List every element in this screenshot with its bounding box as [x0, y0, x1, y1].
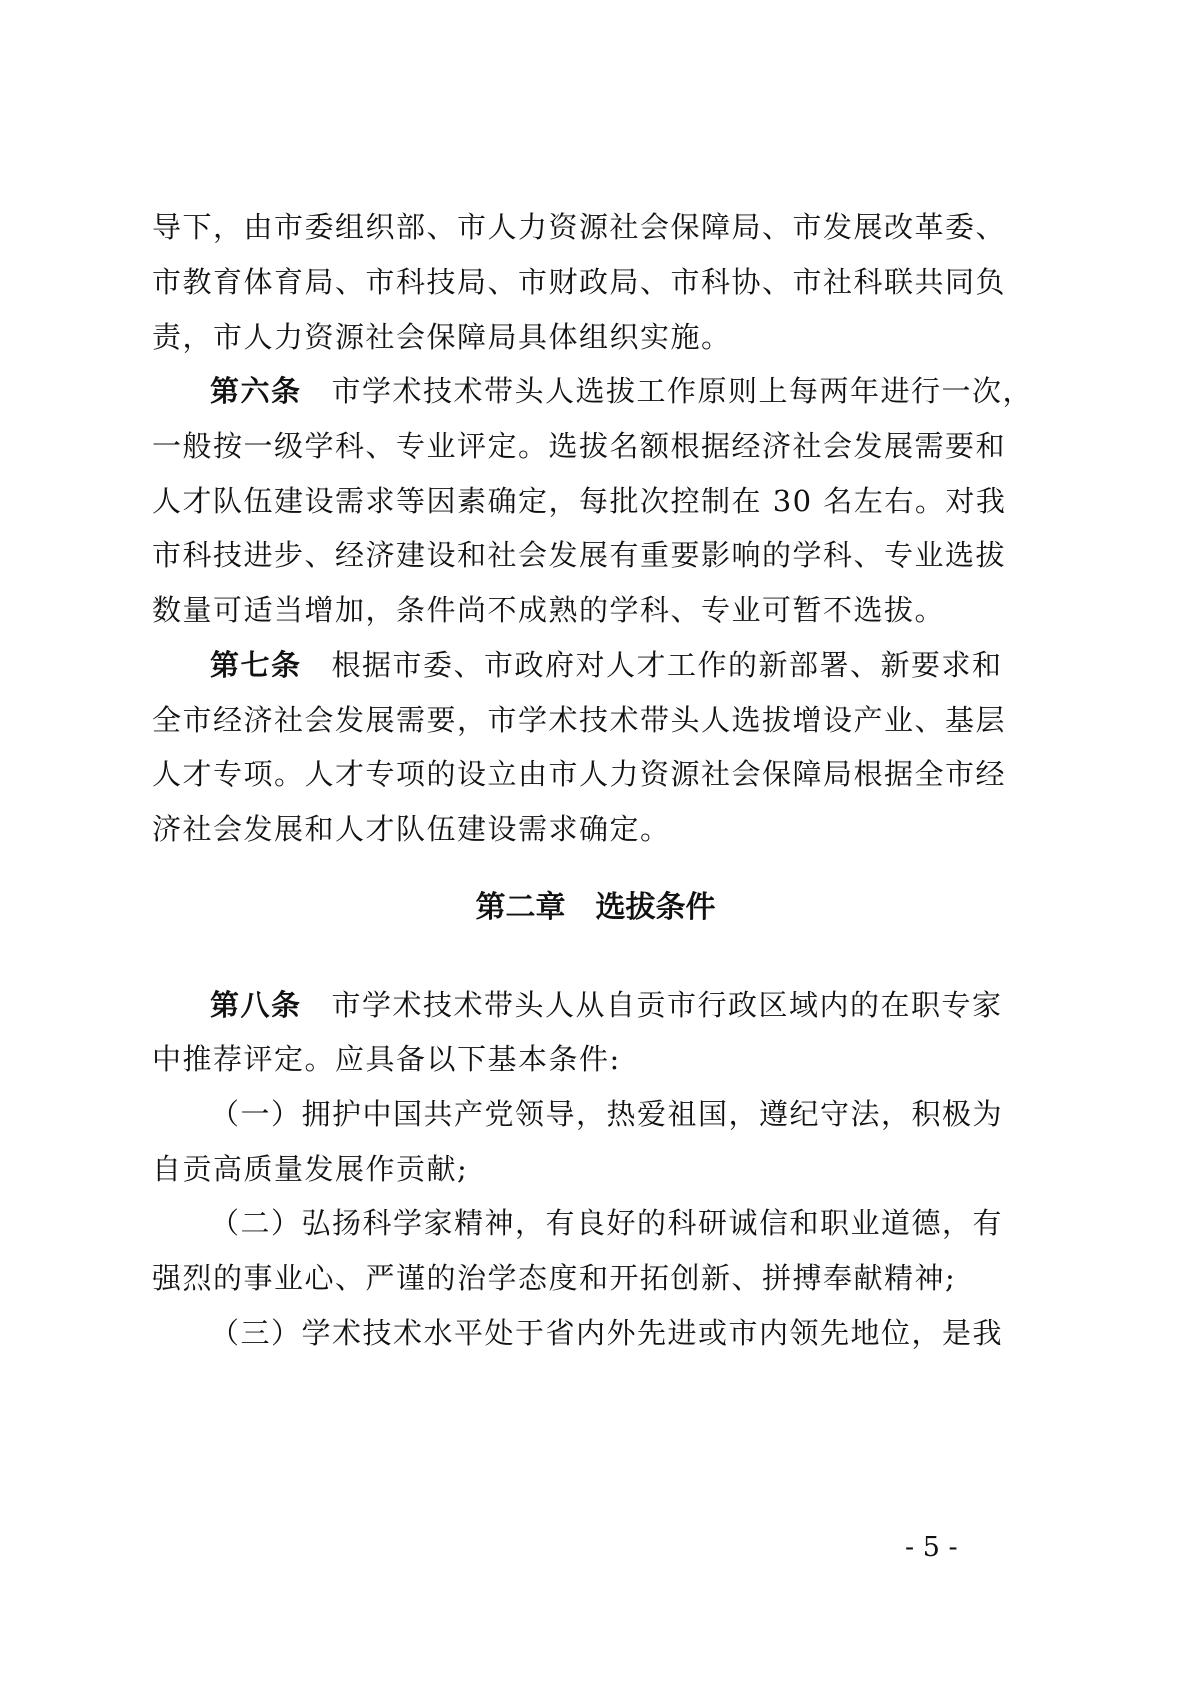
paragraph-line: 一般按一级学科、专业评定。选拔名额根据经济社会发展需要和 [152, 428, 992, 464]
paragraph-line: 中推荐评定。应具备以下基本条件: [152, 1041, 992, 1077]
paragraph-line: 人才队伍建设需求等因素确定，每批次控制在 30 名左右。对我 [152, 483, 992, 519]
article-7-first-line: 第七条根据市委、市政府对人才工作的新部署、新要求和 [210, 647, 1050, 683]
article-6-label: 第六条 [210, 374, 302, 408]
list-item: （三）学术技术水平处于省内外先进或市内领先地位，是我 [210, 1315, 1050, 1351]
chapter-heading: 第二章选拔条件 [0, 890, 1191, 926]
paragraph-line: 自贡高质量发展作贡献; [152, 1151, 992, 1187]
paragraph-line: 全市经济社会发展需要，市学术技术带头人选拔增设产业、基层 [152, 702, 992, 738]
paragraph-line: 导下，由市委组织部、市人力资源社会保障局、市发展改革委、 [152, 209, 992, 245]
paragraph-line: 济社会发展和人才队伍建设需求确定。 [152, 811, 992, 847]
article-7-label: 第七条 [210, 648, 302, 682]
list-item: （二）弘扬科学家精神，有良好的科研诚信和职业道德，有 [210, 1205, 1050, 1241]
article-8-first-line: 第八条市学术技术带头人从自贡市行政区域内的在职专家 [210, 987, 1050, 1023]
list-item: （一）拥护中国共产党领导，热爱祖国，遵纪守法，积极为 [210, 1096, 1050, 1132]
paragraph-line: 责，市人力资源社会保障局具体组织实施。 [152, 319, 992, 355]
paragraph-line: 市科技进步、经济建设和社会发展有重要影响的学科、专业选拔 [152, 537, 992, 573]
article-6-first-line: 第六条市学术技术带头人选拔工作原则上每两年进行一次， [210, 373, 1050, 409]
paragraph-line: 强烈的事业心、严谨的治学态度和开拓创新、拼搏奉献精神; [152, 1260, 992, 1296]
page-number: - 5 - [905, 1530, 958, 1566]
article-8-label: 第八条 [210, 988, 302, 1022]
paragraph-line: 人才专项。人才专项的设立由市人力资源社会保障局根据全市经 [152, 756, 992, 792]
paragraph-line: 市教育体育局、市科技局、市财政局、市科协、市社科联共同负 [152, 264, 992, 300]
paragraph-line: 数量可适当增加，条件尚不成熟的学科、专业可暂不选拔。 [152, 592, 992, 628]
